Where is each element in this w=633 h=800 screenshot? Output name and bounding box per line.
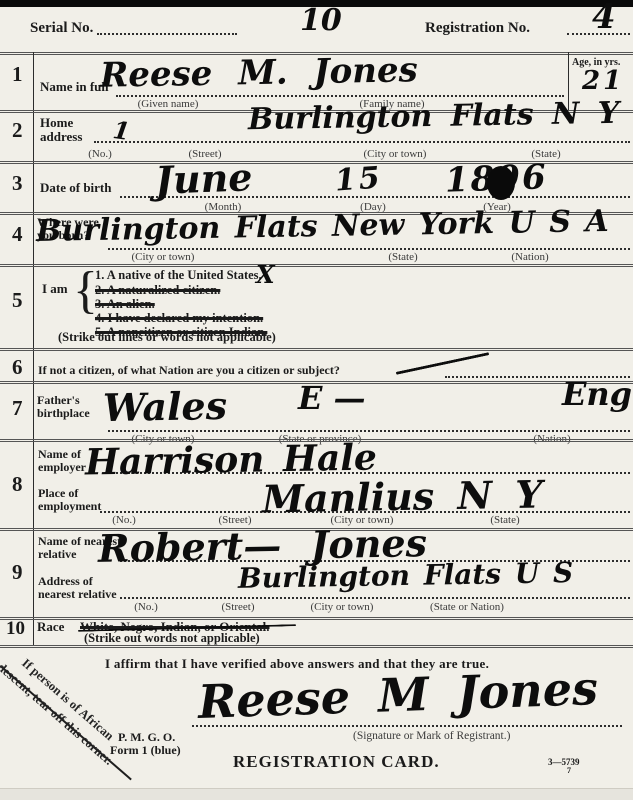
handwritten-dash [396,352,490,375]
home-no-handwritten: 1 [111,118,131,144]
row2-sublabel-no: (No.) [88,148,112,160]
row9-sublabel-city: (City or town) [311,601,374,613]
form-number: 3—5739 [548,758,580,768]
citizen-option-2: 2. A naturalized citizen. [95,283,220,298]
row3-label: Date of birth [40,181,112,195]
row2-sublabel-city: (City or town) [364,148,427,160]
birthplace-handwritten: Burlington Flats New York U S A [36,207,609,247]
registration-card: Serial No. 10 Registration No. 4 1 Name … [0,0,633,800]
citizen-option-1: 1. A native of the United States. [95,268,262,283]
ink-blot [487,166,515,200]
row2-label: Home address [40,116,98,145]
row7-number: 7 [12,396,23,421]
signature-sublabel: (Signature or Mark of Registrant.) [353,730,510,742]
birth-month-handwritten: June [154,158,253,199]
row9-sublabel-state-nation: (State or Nation) [430,601,504,613]
age-value-handwritten: 21 [582,68,624,94]
serial-value-handwritten: 10 [300,6,342,36]
row6-number: 6 [12,355,23,380]
registration-value-handwritten: 4 [592,0,616,34]
row4-sublabel-state: (State) [388,251,417,263]
row8-label-employment-place: Place of employment [38,487,116,513]
row8-sublabel-no: (No.) [112,514,136,526]
row9-sublabel-no: (No.) [134,601,158,613]
row9-dotted-line-2 [120,597,630,599]
signature-dotted-line [192,725,622,727]
row7-dotted-line [108,430,630,432]
name-handwritten: Reese M. Jones [100,53,418,93]
row4-dotted-line [108,248,630,250]
form-number-sub: 7 [567,767,571,776]
row8-number: 8 [12,472,23,497]
birth-day-handwritten: 15 [334,163,384,196]
divider [0,348,633,351]
row1-number: 1 [12,62,23,87]
registration-label: Registration No. [425,20,530,37]
row5-label: I am [42,282,68,296]
home-address-handwritten: Burlington Flats N Y [248,99,620,135]
citizen-option-3: 3. An alien. [95,297,155,312]
row5-note: (Strike out lines or words not applicabl… [58,331,276,345]
serial-dotted-line [97,33,237,35]
row10-label-race: Race [37,620,64,634]
scan-bottom-edge [0,788,633,800]
card-title: REGISTRATION CARD. [233,753,440,772]
relative-address-handwritten: Burlington Flats U S [238,559,574,593]
x-mark-handwritten: X [256,263,275,287]
father-birthplace-city-handwritten: Wales [103,387,228,427]
citizen-option-4: 4. I have declared my intention. [95,311,263,326]
row9-sublabel-street: (Street) [222,601,255,613]
row10-note: (Strike out words not applicable) [84,632,260,646]
row10-number: 10 [6,618,25,640]
father-birthplace-nation-handwritten: Engla [562,378,633,410]
serial-label: Serial No. [30,20,93,37]
row4-sublabel-nation: (Nation) [511,251,548,263]
father-birthplace-state-handwritten: E — [298,382,366,414]
row1-sublabel-given-name: (Given name) [138,98,199,110]
divider [0,645,633,648]
row4-sublabel-city: (City or town) [132,251,195,263]
row6-label: If not a citizen, of what Nation are you… [38,364,340,377]
row1-label: Name in full [40,80,109,94]
row3-number: 3 [12,171,23,196]
row5-number: 5 [12,288,23,313]
row9-label-relative-address: Address of nearest relative [38,575,123,601]
row2-dotted-line [94,141,630,143]
registrant-signature-handwritten: Reese M Jones [197,665,598,725]
row9-number: 9 [12,560,23,585]
row2-number: 2 [12,118,23,143]
row1-dotted-line [116,95,564,97]
employment-place-handwritten: Manlius N Y [262,476,543,519]
row7-label: Father's birthplace [37,394,99,420]
row4-number: 4 [12,222,23,247]
